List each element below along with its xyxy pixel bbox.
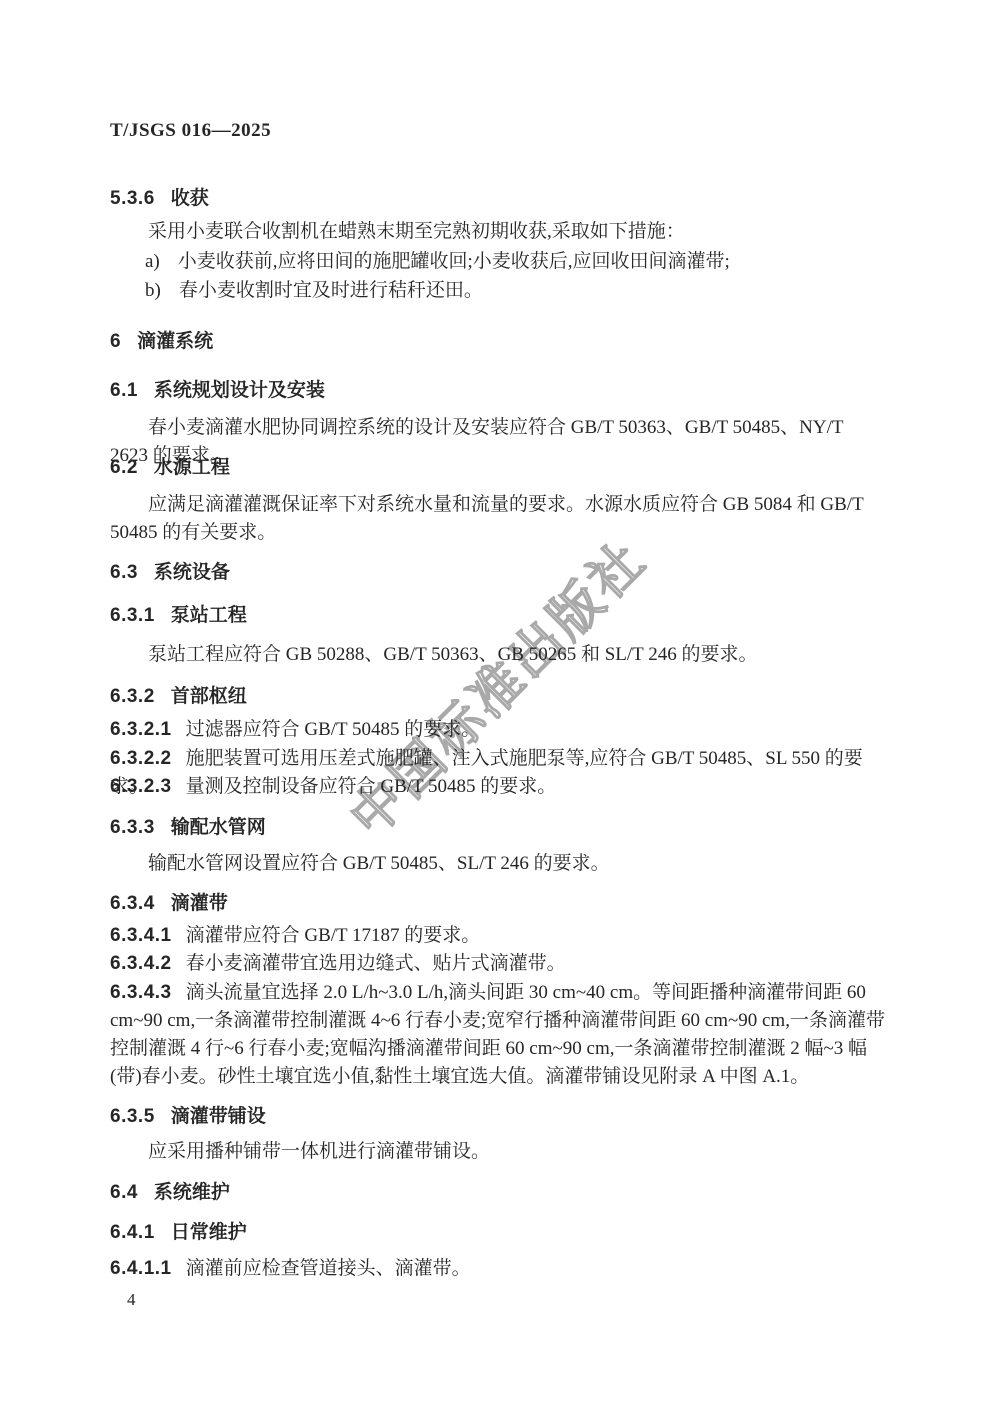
para-harvest-intro: 采用小麦联合收割机在蜡熟末期至完熟初期收获,采取如下措施：: [110, 218, 885, 246]
heading-number: 6.3.1: [110, 605, 155, 626]
heading-number: 6.2: [110, 457, 138, 478]
heading-title: 首部枢纽: [171, 686, 247, 707]
heading-title: 输配水管网: [171, 817, 266, 838]
para-6-3-3: 输配水管网设置应符合 GB/T 50485、SL/T 246 的要求。: [110, 850, 885, 878]
clause-number: 6.3.4.2: [110, 953, 172, 974]
clause-number: 6.4.1.1: [110, 1258, 172, 1279]
list-item-label: a): [145, 251, 160, 272]
heading-number: 6.4.1: [110, 1222, 155, 1243]
clause-number: 6.3.2.2: [110, 748, 172, 769]
heading-6: 6滴灌系统: [110, 326, 885, 353]
heading-number: 6.3.2: [110, 686, 155, 707]
heading-6-1: 6.1系统规划设计及安装: [110, 375, 885, 402]
list-item-a: a)小麦收获前,应将田间的施肥罐收回;小麦收获后,应回收田间滴灌带;: [145, 248, 885, 276]
clause-6-4-1-1: 6.4.1.1滴灌前应检查管道接头、滴灌带。: [110, 1255, 885, 1283]
clause-text: 过滤器应符合 GB/T 50485 的要求。: [186, 719, 481, 740]
heading-title: 收获: [171, 188, 209, 209]
list-item-b: b)春小麦收割时宜及时进行秸秆还田。: [145, 277, 885, 305]
para-6-2: 应满足滴灌灌溉保证率下对系统水量和流量的要求。水源水质应符合 GB 5084 和…: [110, 491, 885, 547]
para-6-3-5: 应采用播种铺带一体机进行滴灌带铺设。: [110, 1138, 885, 1166]
heading-6-3-3: 6.3.3输配水管网: [110, 812, 885, 839]
heading-title: 日常维护: [171, 1222, 247, 1243]
clause-number: 6.3.2.1: [110, 719, 172, 740]
heading-6-2: 6.2水源工程: [110, 452, 885, 479]
clause-number: 6.3.4.3: [110, 982, 172, 1003]
heading-number: 6.3: [110, 562, 138, 583]
clause-6-3-4-2: 6.3.4.2春小麦滴灌带宜选用边缝式、贴片式滴灌带。: [110, 950, 885, 978]
heading-number: 5.3.6: [110, 188, 155, 209]
heading-number: 6.3.3: [110, 817, 155, 838]
heading-title: 泵站工程: [171, 605, 247, 626]
clause-text: 滴灌前应检查管道接头、滴灌带。: [186, 1258, 471, 1279]
clause-6-3-4-1: 6.3.4.1滴灌带应符合 GB/T 17187 的要求。: [110, 922, 885, 950]
heading-title: 系统维护: [154, 1182, 230, 1203]
para-6-3-1: 泵站工程应符合 GB 50288、GB/T 50363、GB 50265 和 S…: [110, 641, 885, 669]
clause-6-3-2-3: 6.3.2.3量测及控制设备应符合 GB/T 50485 的要求。: [110, 773, 885, 801]
heading-title: 滴灌带铺设: [171, 1106, 266, 1127]
clause-text: 量测及控制设备应符合 GB/T 50485 的要求。: [186, 776, 557, 797]
heading-6-3: 6.3系统设备: [110, 557, 885, 584]
heading-title: 水源工程: [154, 457, 230, 478]
clause-text: 滴灌带应符合 GB/T 17187 的要求。: [186, 925, 481, 946]
heading-number: 6.4: [110, 1182, 138, 1203]
clause-6-3-2-1: 6.3.2.1过滤器应符合 GB/T 50485 的要求。: [110, 716, 885, 744]
doc-number-header: T/JSGS 016—2025: [110, 120, 885, 142]
heading-title: 系统设备: [154, 562, 230, 583]
heading-number: 6.3.4: [110, 893, 155, 914]
clause-number: 6.3.4.1: [110, 925, 172, 946]
page-number: 4: [127, 1290, 187, 1310]
heading-6-4-1: 6.4.1日常维护: [110, 1217, 885, 1244]
heading-6-3-1: 6.3.1泵站工程: [110, 600, 885, 627]
heading-6-3-4: 6.3.4滴灌带: [110, 888, 885, 915]
clause-number: 6.3.2.3: [110, 776, 172, 797]
clause-6-3-4-3: 6.3.4.3滴头流量宜选择 2.0 L/h~3.0 L/h,滴头间距 30 c…: [110, 979, 885, 1091]
heading-title: 滴灌系统: [137, 331, 213, 352]
list-item-label: b): [145, 280, 161, 301]
heading-number: 6.3.5: [110, 1106, 155, 1127]
heading-title: 系统规划设计及安装: [154, 380, 325, 401]
list-item-text: 春小麦收割时宜及时进行秸秆还田。: [179, 280, 483, 301]
heading-5-3-6: 5.3.6收获: [110, 183, 885, 210]
list-item-text: 小麦收获前,应将田间的施肥罐收回;小麦收获后,应回收田间滴灌带;: [178, 251, 730, 272]
document-page: 中国标准出版社 T/JSGS 016—2025 5.3.6收获 采用小麦联合收割…: [0, 0, 992, 1403]
heading-number: 6: [110, 331, 121, 352]
heading-title: 滴灌带: [171, 893, 228, 914]
heading-6-3-5: 6.3.5滴灌带铺设: [110, 1101, 885, 1128]
clause-text: 滴头流量宜选择 2.0 L/h~3.0 L/h,滴头间距 30 cm~40 cm…: [110, 982, 885, 1087]
heading-number: 6.1: [110, 380, 138, 401]
heading-6-4: 6.4系统维护: [110, 1177, 885, 1204]
clause-text: 春小麦滴灌带宜选用边缝式、贴片式滴灌带。: [186, 953, 566, 974]
heading-6-3-2: 6.3.2首部枢纽: [110, 681, 885, 708]
